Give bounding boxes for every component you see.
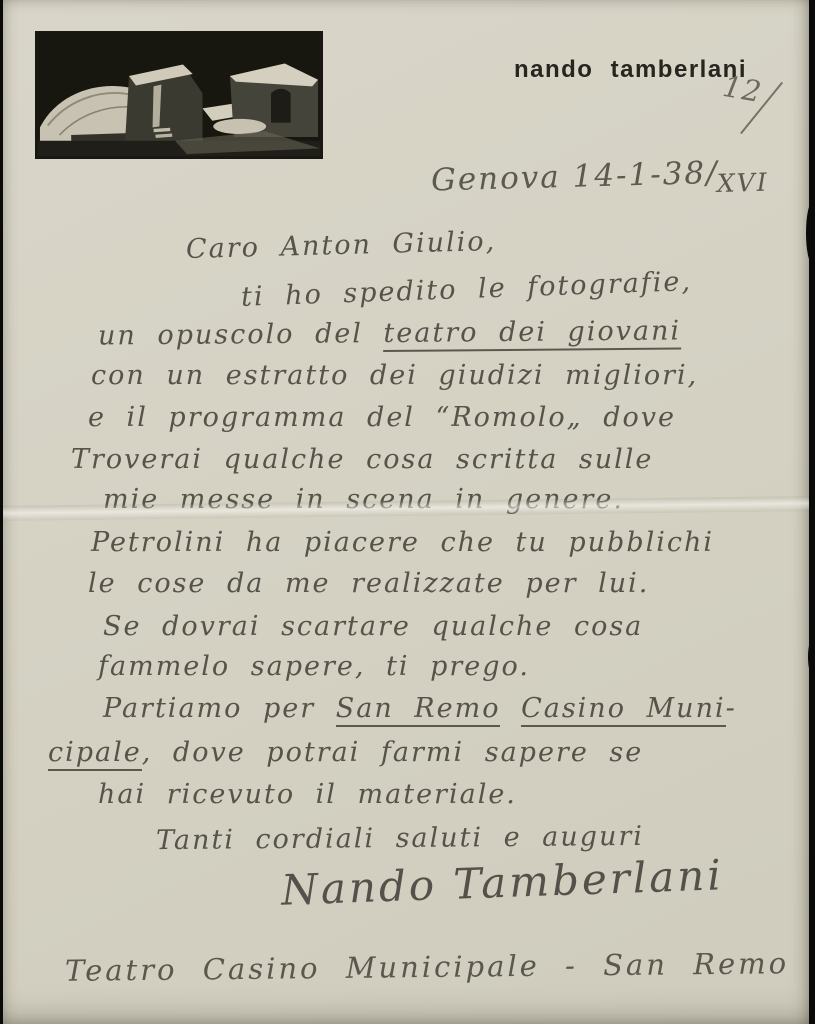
letter-line: Caro Anton Giulio, <box>186 226 497 265</box>
letter-line: Petrolini ha piacere che tu pubblichi <box>91 527 714 558</box>
text-segment: mie messe in scena in genere. <box>103 484 624 515</box>
text-segment: Se dovrai scartare qualche cosa <box>103 611 643 642</box>
text-segment: con un estratto dei giudizi migliori, <box>91 360 698 391</box>
scan-edge-artifact <box>806 202 815 264</box>
pencil-page-number: 12 <box>720 69 764 109</box>
text-segment: un opuscolo del <box>98 318 384 351</box>
letter-line: fammelo sapere, ti prego. <box>98 651 530 682</box>
dateline-era-numeral: XVI <box>716 168 768 198</box>
letter-line: Partiamo per San Remo Casino Muni- <box>103 693 737 724</box>
underlined-text: cipale <box>48 737 142 771</box>
text-segment: Petrolini ha piacere che tu pubblichi <box>91 527 714 558</box>
dateline: Genova 14-1-38/XVI <box>431 154 771 199</box>
signature: Nando Tamberlani <box>280 850 724 914</box>
letterhead-printed-name: nando tamberlani <box>514 56 747 84</box>
letter-line: Troverai qualche cosa scritta sulle <box>71 444 653 475</box>
letter-line: Se dovrai scartare qualche cosa <box>103 611 643 642</box>
letter-line: hai ricevuto il materiale. <box>98 779 517 810</box>
scan-edge-artifact <box>808 636 815 678</box>
footer-address: Teatro Casino Municipale - San Remo <box>65 946 789 988</box>
stage-set-photo <box>35 31 323 159</box>
underlined-text: Casino Muni <box>521 693 726 727</box>
scan-edge-artifact <box>809 388 815 418</box>
letter-line: con un estratto dei giudizi migliori, <box>91 360 698 391</box>
letter-line: le cose da me realizzate per lui. <box>88 568 649 599</box>
text-segment: - <box>726 693 737 724</box>
text-segment: ti ho spedito le fotografie, <box>241 266 693 313</box>
text-segment: le cose da me realizzate per lui. <box>88 568 649 599</box>
underlined-text: teatro dei giovani <box>383 315 681 352</box>
text-segment: Partiamo per <box>103 693 336 724</box>
letter-line: mie messe in scena in genere. <box>103 484 624 515</box>
text-segment: Tanti cordiali saluti e auguri <box>156 821 644 856</box>
text-segment <box>500 693 521 724</box>
letter-line: ti ho spedito le fotografie, <box>241 266 693 313</box>
letter-line: e il programma del “Romolo„ dove <box>88 402 676 433</box>
text-segment: fammelo sapere, ti prego. <box>98 651 530 682</box>
text-segment: e il programma del “Romolo„ dove <box>88 402 676 433</box>
letter-line: cipale, dove potrai farmi sapere se <box>48 737 643 768</box>
letter-paper: nando tamberlani 12 Genova 14-1-38/XVI C… <box>3 0 809 1024</box>
letter-line: Tanti cordiali saluti e auguri <box>156 821 644 856</box>
dateline-place-date: Genova 14-1-38/ <box>431 155 719 199</box>
underlined-text: San Remo <box>336 693 501 727</box>
stage-set-photo-graphic <box>38 34 320 156</box>
scan-edge-artifact <box>810 872 815 1022</box>
text-segment: hai ricevuto il materiale. <box>98 779 517 810</box>
text-segment: , dove potrai farmi sapere se <box>142 737 643 768</box>
letter-line: un opuscolo del teatro dei giovani <box>98 315 681 351</box>
scanned-letter: nando tamberlani 12 Genova 14-1-38/XVI C… <box>0 0 815 1024</box>
text-segment: Troverai qualche cosa scritta sulle <box>71 444 653 475</box>
text-segment: Caro Anton Giulio, <box>186 226 497 265</box>
